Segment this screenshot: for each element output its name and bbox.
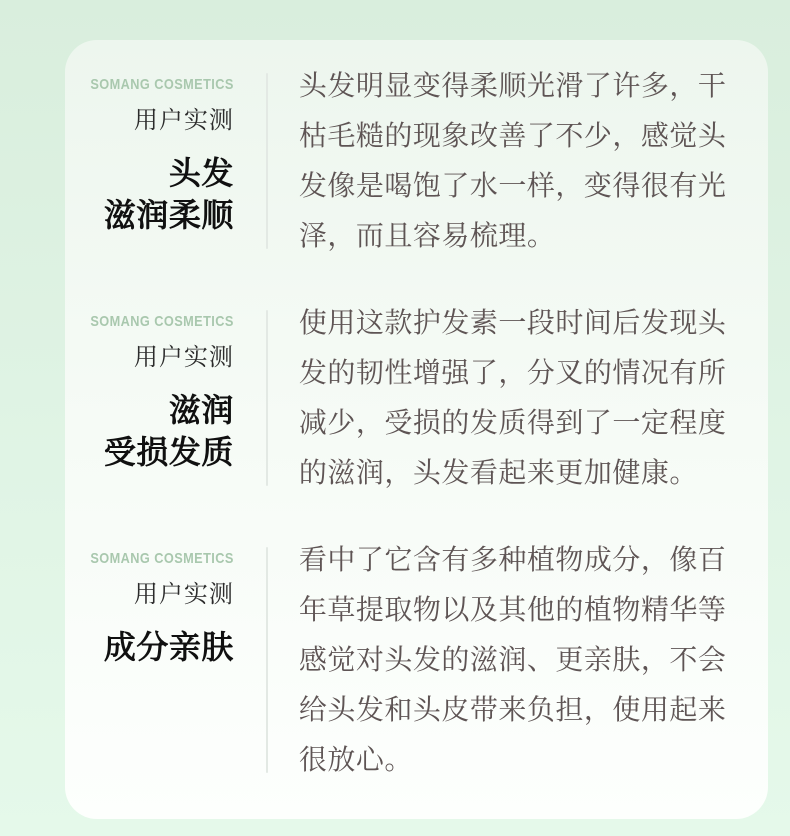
review-paragraph: 头发明显变得柔顺光滑了许多，干 枯毛糙的现象改善了不少，感觉头 发像是喝饱了水一… xyxy=(299,61,743,261)
section-title: 成分亲肤 xyxy=(65,626,234,668)
review-section-hair-smooth: SOMANG COSMETICS 用户实测 头发 滋润柔顺 头发明显变得柔顺光滑… xyxy=(65,61,743,261)
brand-label: SOMANG COSMETICS xyxy=(90,314,234,330)
brand-label: SOMANG COSMETICS xyxy=(90,77,234,93)
review-paragraph: 使用这款护发素一段时间后发现头 发的韧性增强了，分叉的情况有所 减少，受损的发质… xyxy=(299,298,743,498)
page-background: SOMANG COSMETICS 用户实测 头发 滋润柔顺 头发明显变得柔顺光滑… xyxy=(0,0,790,836)
section-subtitle: 用户实测 xyxy=(65,580,234,610)
vertical-divider xyxy=(266,547,268,773)
review-paragraph: 看中了它含有多种植物成分，像百 年草提取物以及其他的植物精华等 感觉对头发的滋润… xyxy=(299,535,743,785)
review-label-column: SOMANG COSMETICS 用户实测 头发 滋润柔顺 xyxy=(65,61,234,236)
review-card: SOMANG COSMETICS 用户实测 头发 滋润柔顺 头发明显变得柔顺光滑… xyxy=(65,40,768,819)
review-section-damaged-hair: SOMANG COSMETICS 用户实测 滋润 受损发质 使用这款护发素一段时… xyxy=(65,298,743,498)
section-subtitle: 用户实测 xyxy=(65,343,234,373)
vertical-divider xyxy=(266,73,268,249)
section-title: 头发 滋润柔顺 xyxy=(65,152,234,236)
review-section-gentle-ingredients: SOMANG COSMETICS 用户实测 成分亲肤 看中了它含有多种植物成分，… xyxy=(65,535,743,785)
brand-label: SOMANG COSMETICS xyxy=(90,551,234,567)
vertical-divider xyxy=(266,310,268,486)
section-subtitle: 用户实测 xyxy=(65,106,234,136)
review-label-column: SOMANG COSMETICS 用户实测 成分亲肤 xyxy=(65,535,234,668)
review-label-column: SOMANG COSMETICS 用户实测 滋润 受损发质 xyxy=(65,298,234,473)
section-title: 滋润 受损发质 xyxy=(65,389,234,473)
